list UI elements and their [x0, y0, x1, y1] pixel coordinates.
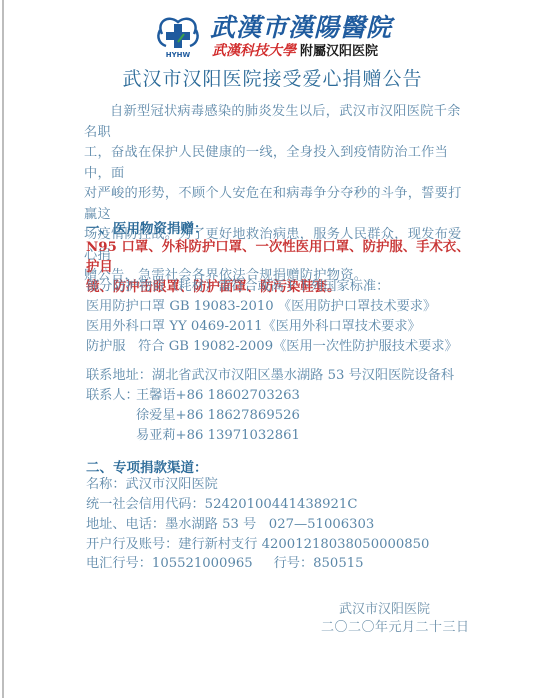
section-heading-donation-channel: 二、专项捐款渠道： — [86, 456, 208, 476]
intro-line: 自新型冠状病毒感染的肺炎发生以后，武汉市汉阳医院千余名职 — [84, 102, 468, 143]
standard-item: 医用防护口罩 GB 19083-2010 《医用防护口罩技术要求》 — [86, 297, 436, 318]
university-line: 武漢科技大學附屬汉阳医院 — [212, 40, 378, 60]
section-heading-supplies: 一、医用物资捐赠： — [86, 217, 208, 237]
contact-label: 联系人： — [86, 386, 139, 407]
contact-person: 徐爱星+86 18627869526 — [136, 406, 300, 427]
donation-info-line: 名称：武汉市汉阳医院 — [86, 475, 218, 496]
standard-item: 医用外科口罩 YY 0469-2011《医用外科口罩技术要求》 — [86, 317, 421, 338]
donation-info-line: 开户行及账号：建行新村支行 42001218038050000850 — [86, 535, 429, 556]
signature-org: 武汉市汉阳医院 — [339, 598, 430, 617]
hospital-name: 武漢市漢陽醫院 — [210, 8, 392, 44]
page-left-border — [2, 0, 4, 698]
signature-date: 二〇二〇年元月二十三日 — [321, 616, 470, 635]
intro-line: 工，奋战在保护人民健康的一线，全身投入到疫情防治工作当中，面 — [84, 143, 468, 184]
supplies-line: N95 口罩、外科防护口罩、一次性医用口罩、防护服、手术衣、护目 — [86, 237, 476, 277]
hospital-header: HYHW 武漢市漢陽醫院 武漢科技大學附屬汉阳医院 — [152, 8, 412, 60]
affiliation-label: 附屬汉阳医院 — [300, 44, 378, 59]
university-name: 武漢科技大學 — [212, 43, 296, 59]
hospital-logo-icon: HYHW — [152, 12, 204, 58]
announcement-title: 武汉市汉阳医院接受爱心捐赠公告 — [0, 64, 545, 91]
donation-info-line: 统一社会信用代码：52420100441438921C — [86, 495, 357, 516]
standard-item: 防护服 符合 GB 19082-2009《医用一次性防护服技术要求》 — [86, 337, 458, 358]
donation-info-line: 电汇行号：105521000965 行号：850515 — [86, 554, 363, 575]
contact-person: 王馨语+86 18602703263 — [136, 386, 300, 407]
svg-text:HYHW: HYHW — [166, 51, 191, 58]
contact-address: 联系地址：湖北省武汉市汉阳区墨水湖路 53 号汉阳医院设备科 — [86, 366, 454, 387]
donation-info-line: 地址、电话：墨水湖路 53 号 027—51006303 — [86, 515, 374, 536]
standards-intro: 部分防护物资（耗材）需符合或高于下列国家标准： — [86, 277, 389, 298]
contact-person: 易亚莉+86 13971032861 — [136, 426, 300, 447]
